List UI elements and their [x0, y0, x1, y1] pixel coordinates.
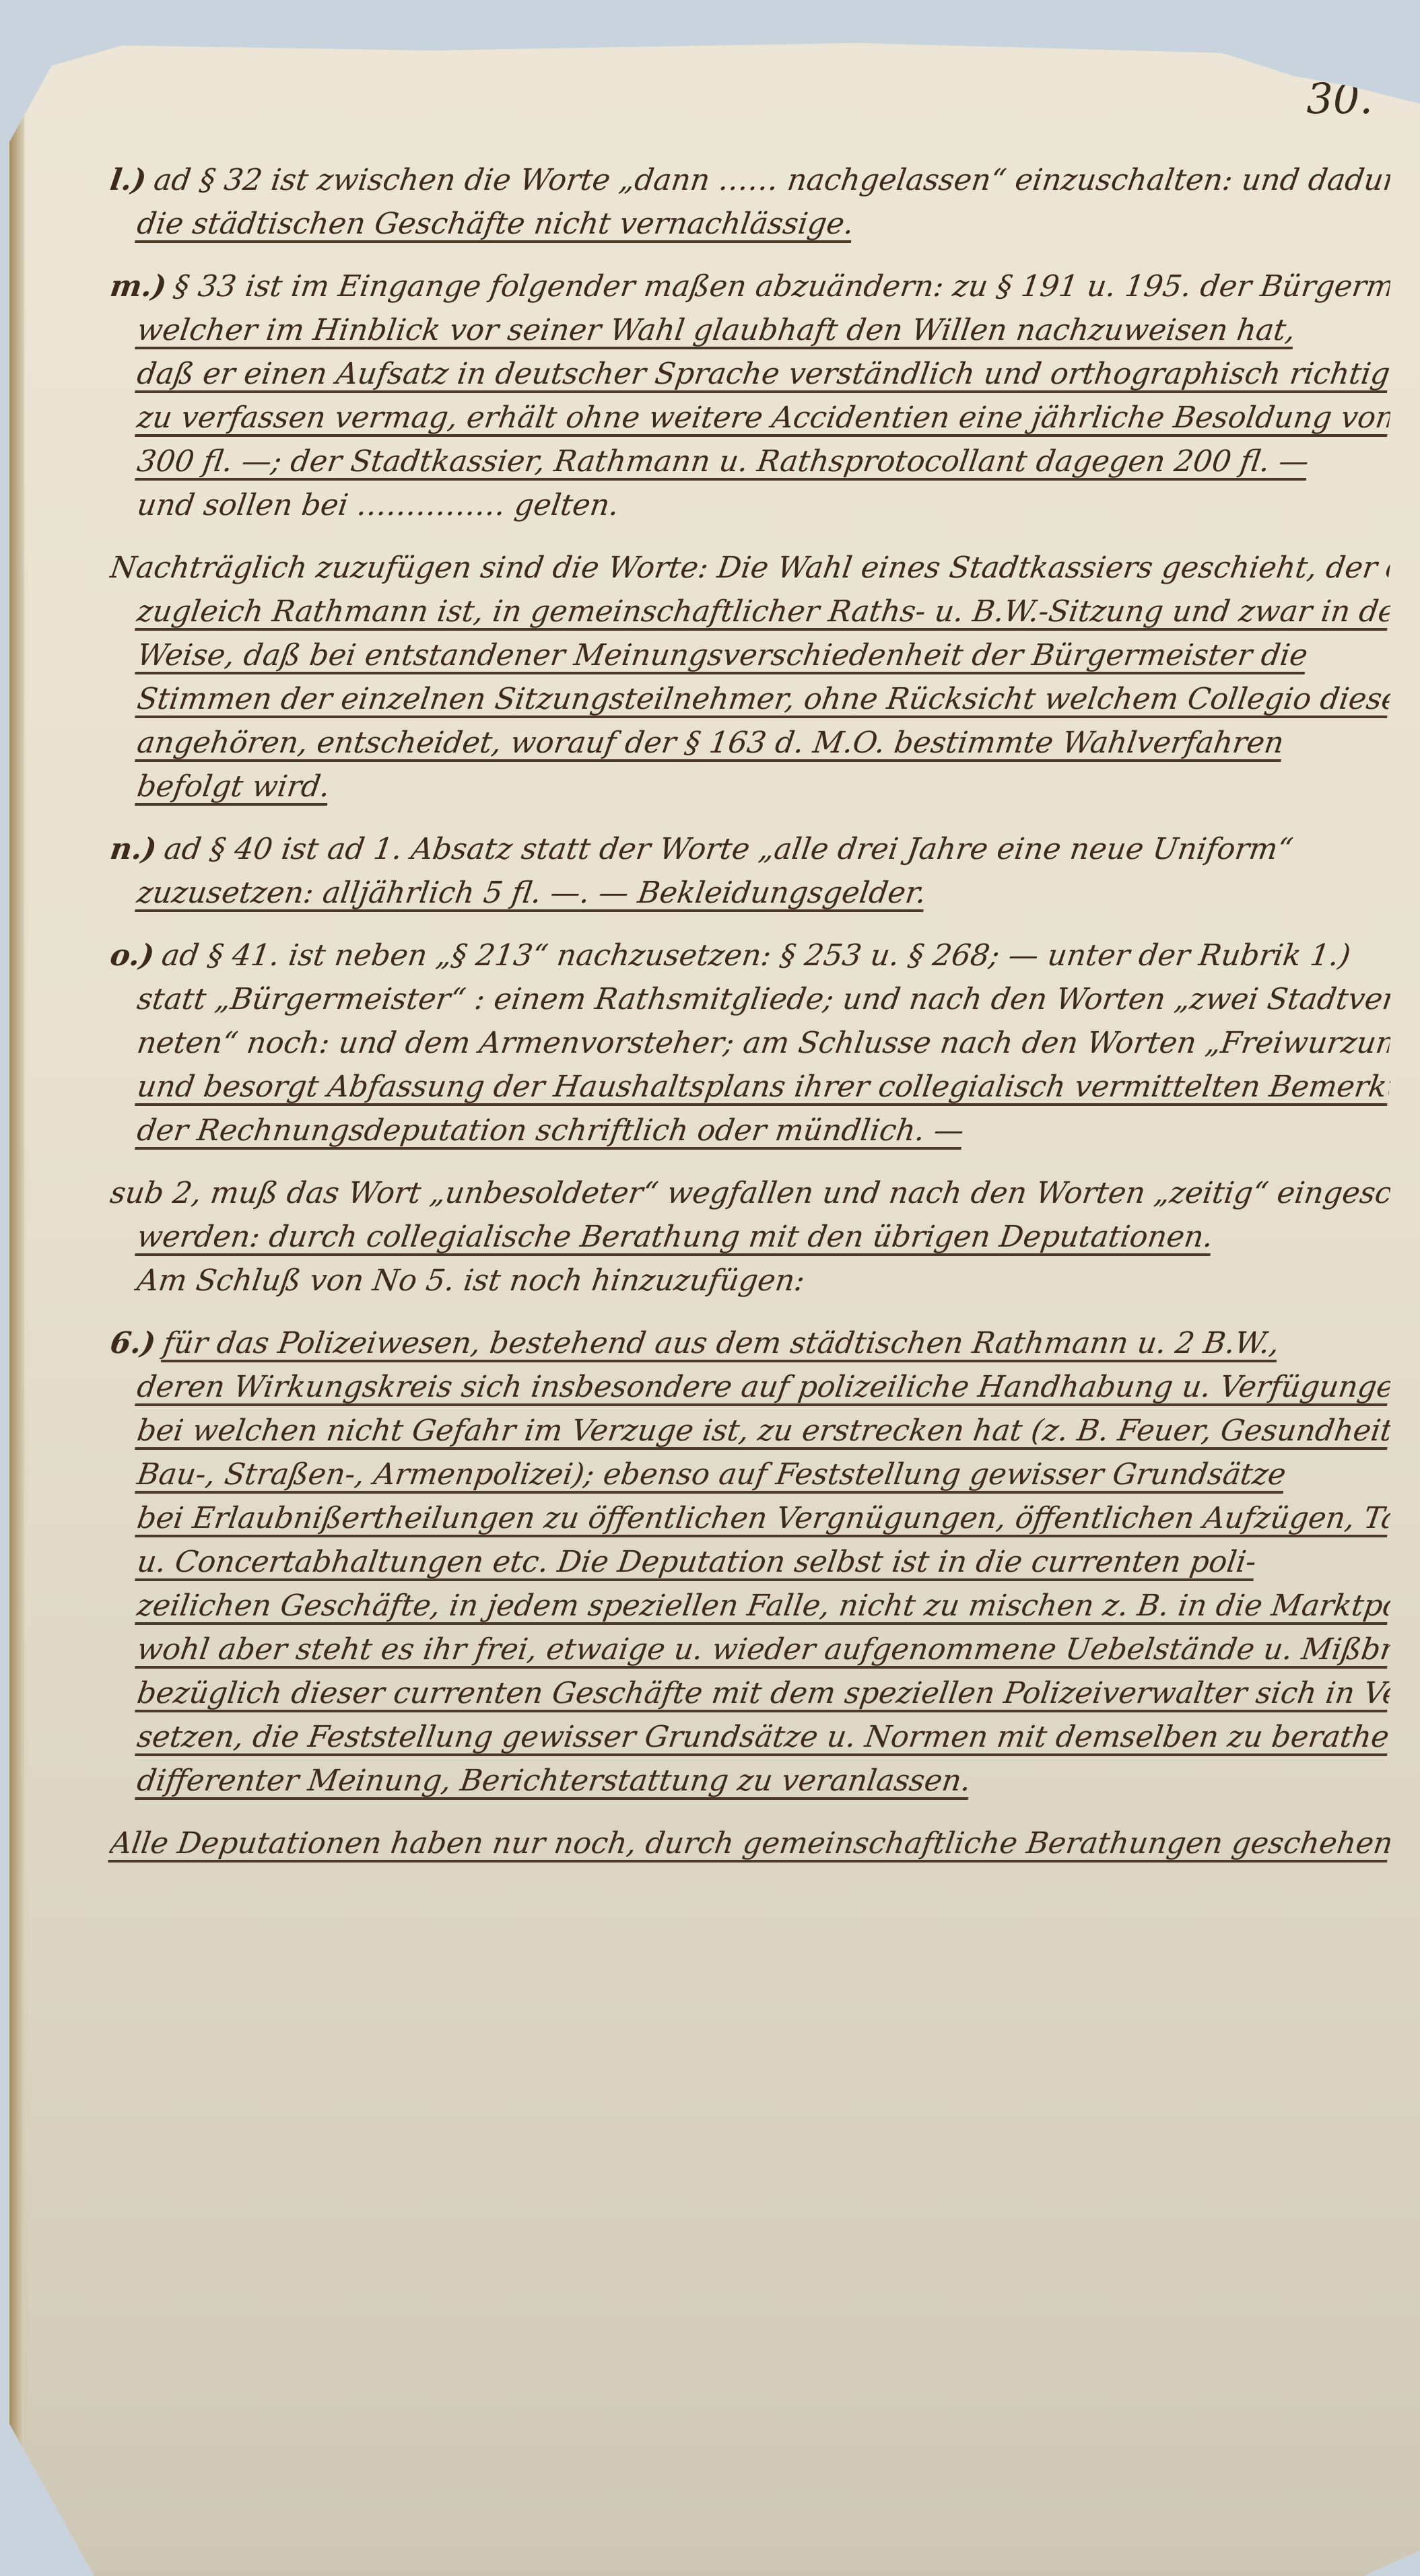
underlined-text: Weise, daß bei entstandener Meinungsvers… — [135, 638, 1310, 672]
manuscript-line: angehören, entscheidet, worauf der § 163… — [107, 721, 1392, 765]
line-text: Am Schluß von No 5. ist noch hinzuzufüge… — [135, 1263, 807, 1298]
manuscript-line: zeilichen Geschäfte, in jedem speziellen… — [107, 1584, 1392, 1628]
manuscript-line: Stimmen der einzelnen Sitzungsteilnehmer… — [107, 677, 1392, 721]
manuscript-line: der Rechnungsdeputation schriftlich oder… — [107, 1109, 1392, 1152]
item-label: n.) — [108, 832, 158, 866]
underlined-text: zu verfassen vermag, erhält ohne weitere… — [135, 401, 1392, 435]
manuscript-line: 300 fl. —; der Stadtkassier, Rathmann u.… — [107, 440, 1392, 483]
manuscript-line: befolgt wird. — [107, 765, 1392, 808]
paragraph-item: m.)§ 33 ist im Eingange folgender maßen … — [110, 265, 1390, 527]
line-text: und sollen bei …………… gelten. — [135, 488, 621, 522]
item-label: l.) — [108, 163, 148, 197]
manuscript-line: welcher im Hinblick vor seiner Wahl glau… — [107, 308, 1392, 352]
underlined-text: setzen, die Feststellung gewisser Grunds… — [135, 1720, 1392, 1754]
manuscript-line: zu verfassen vermag, erhält ohne weitere… — [107, 396, 1392, 440]
underlined-text: welcher im Hinblick vor seiner Wahl glau… — [135, 313, 1297, 347]
underlined-text: für das Polizeiwesen, bestehend aus dem … — [161, 1326, 1281, 1360]
manuscript-line: bezüglich dieser currenten Geschäfte mit… — [107, 1671, 1392, 1715]
manuscript-line: die städtischen Geschäfte nicht vernachl… — [107, 202, 1392, 246]
line-text: sub 2, muß das Wort „unbesoldeter“ wegfa… — [108, 1176, 1392, 1210]
manuscript-line: o.)ad § 41. ist neben „§ 213“ nachzusetz… — [107, 934, 1392, 977]
manuscript-line: und besorgt Abfassung der Haushaltsplans… — [107, 1065, 1392, 1109]
underlined-text: 300 fl. —; der Stadtkassier, Rathmann u.… — [135, 444, 1311, 479]
manuscript-page: 30. l.)ad § 32 ist zwischen die Worte „d… — [9, 40, 1420, 2576]
underlined-text: die städtischen Geschäfte nicht vernachl… — [135, 207, 856, 241]
manuscript-line: setzen, die Feststellung gewisser Grunds… — [107, 1715, 1392, 1759]
manuscript-line: statt „Bürgermeister“ : einem Rathsmitgl… — [107, 977, 1392, 1021]
underlined-text: zeilichen Geschäfte, in jedem speziellen… — [135, 1589, 1392, 1623]
item-label: o.) — [108, 938, 156, 973]
manuscript-line: zugleich Rathmann ist, in gemeinschaftli… — [107, 590, 1392, 633]
manuscript-line: Weise, daß bei entstandener Meinungsvers… — [107, 633, 1392, 677]
manuscript-line: zuzusetzen: alljährlich 5 fl. —. — Bekle… — [107, 871, 1392, 915]
manuscript-line: Nachträglich zuzufügen sind die Worte: D… — [107, 546, 1392, 590]
manuscript-line: daß er einen Aufsatz in deutscher Sprach… — [107, 352, 1392, 396]
manuscript-line: u. Concertabhaltungen etc. Die Deputatio… — [107, 1540, 1392, 1584]
line-text: statt „Bürgermeister“ : einem Rathsmitgl… — [135, 982, 1392, 1016]
manuscript-line: neten“ noch: und dem Armenvorsteher; am … — [107, 1021, 1392, 1065]
manuscript-line: Bau-, Straßen-, Armenpolizei); ebenso au… — [107, 1453, 1392, 1496]
manuscript-line: bei Erlaubnißertheilungen zu öffentliche… — [107, 1496, 1392, 1540]
paragraph-item: o.)ad § 41. ist neben „§ 213“ nachzusetz… — [110, 934, 1390, 1152]
underlined-text: deren Wirkungskreis sich insbesondere au… — [135, 1370, 1392, 1404]
underlined-text: und besorgt Abfassung der Haushaltsplans… — [135, 1070, 1392, 1104]
underlined-text: zugleich Rathmann ist, in gemeinschaftli… — [135, 594, 1392, 629]
manuscript-text: l.)ad § 32 ist zwischen die Worte „dann … — [110, 158, 1390, 1884]
folio-number: 30. — [1306, 74, 1373, 123]
manuscript-line: sub 2, muß das Wort „unbesoldeter“ wegfa… — [107, 1171, 1392, 1215]
line-text: Nachträglich zuzufügen sind die Worte: D… — [108, 551, 1392, 585]
underlined-text: der Rechnungsdeputation schriftlich oder… — [135, 1113, 966, 1148]
underlined-text: differenter Meinung, Berichterstattung z… — [135, 1764, 973, 1798]
manuscript-line: werden: durch collegialische Berathung m… — [107, 1215, 1392, 1259]
manuscript-line: n.)ad § 40 ist ad 1. Absatz statt der Wo… — [107, 827, 1392, 871]
page-binding-edge — [9, 40, 24, 2576]
underlined-text: bei welchen nicht Gefahr im Verzuge ist,… — [135, 1414, 1392, 1448]
manuscript-line: m.)§ 33 ist im Eingange folgender maßen … — [107, 265, 1392, 308]
paragraph-item: n.)ad § 40 ist ad 1. Absatz statt der Wo… — [110, 827, 1390, 915]
underlined-text: angehören, entscheidet, worauf der § 163… — [135, 726, 1286, 760]
manuscript-line: und sollen bei …………… gelten. — [107, 483, 1392, 527]
underlined-text: Bau-, Straßen-, Armenpolizei); ebenso au… — [135, 1457, 1288, 1492]
underlined-text: daß er einen Aufsatz in deutscher Sprach… — [135, 357, 1392, 391]
underlined-text: bezüglich dieser currenten Geschäfte mit… — [135, 1676, 1392, 1710]
line-text: neten“ noch: und dem Armenvorsteher; am … — [135, 1026, 1392, 1060]
item-label: m.) — [108, 269, 168, 304]
line-text: ad § 40 ist ad 1. Absatz statt der Worte… — [162, 832, 1295, 866]
underlined-text: zuzusetzen: alljährlich 5 fl. —. — Bekle… — [135, 876, 928, 910]
item-label: 6.) — [108, 1326, 158, 1360]
underlined-text: Stimmen der einzelnen Sitzungsteilnehmer… — [135, 682, 1392, 716]
paragraph-item: Nachträglich zuzufügen sind die Worte: D… — [110, 546, 1390, 808]
manuscript-line: deren Wirkungskreis sich insbesondere au… — [107, 1365, 1392, 1409]
underlined-text: werden: durch collegialische Berathung m… — [135, 1220, 1215, 1254]
paragraph-item: sub 2, muß das Wort „unbesoldeter“ wegfa… — [110, 1171, 1390, 1302]
underlined-text: bei Erlaubnißertheilungen zu öffentliche… — [135, 1501, 1392, 1535]
manuscript-line: wohl aber steht es ihr frei, etwaige u. … — [107, 1628, 1392, 1671]
manuscript-line: 6.)für das Polizeiwesen, bestehend aus d… — [107, 1321, 1392, 1365]
underlined-text: befolgt wird. — [135, 769, 332, 804]
paragraph-item: 6.)für das Polizeiwesen, bestehend aus d… — [110, 1321, 1390, 1803]
manuscript-line: Alle Deputationen haben nur noch, durch … — [107, 1821, 1392, 1865]
underlined-text: Alle Deputationen haben nur noch, durch … — [108, 1826, 1392, 1860]
manuscript-line: differenter Meinung, Berichterstattung z… — [107, 1759, 1392, 1803]
line-text: ad § 32 ist zwischen die Worte „dann …… … — [151, 163, 1392, 197]
underlined-text: u. Concertabhaltungen etc. Die Deputatio… — [135, 1545, 1258, 1579]
manuscript-line: l.)ad § 32 ist zwischen die Worte „dann … — [107, 158, 1392, 202]
underlined-text: wohl aber steht es ihr frei, etwaige u. … — [135, 1632, 1392, 1667]
manuscript-line: bei welchen nicht Gefahr im Verzuge ist,… — [107, 1409, 1392, 1453]
paragraph-item: l.)ad § 32 ist zwischen die Worte „dann … — [110, 158, 1390, 246]
line-text: ad § 41. ist neben „§ 213“ nachzusetzen:… — [160, 938, 1353, 973]
manuscript-line: Am Schluß von No 5. ist noch hinzuzufüge… — [107, 1259, 1392, 1302]
line-text: § 33 ist im Eingange folgender maßen abz… — [172, 269, 1392, 304]
paragraph-item: Alle Deputationen haben nur noch, durch … — [110, 1821, 1390, 1865]
